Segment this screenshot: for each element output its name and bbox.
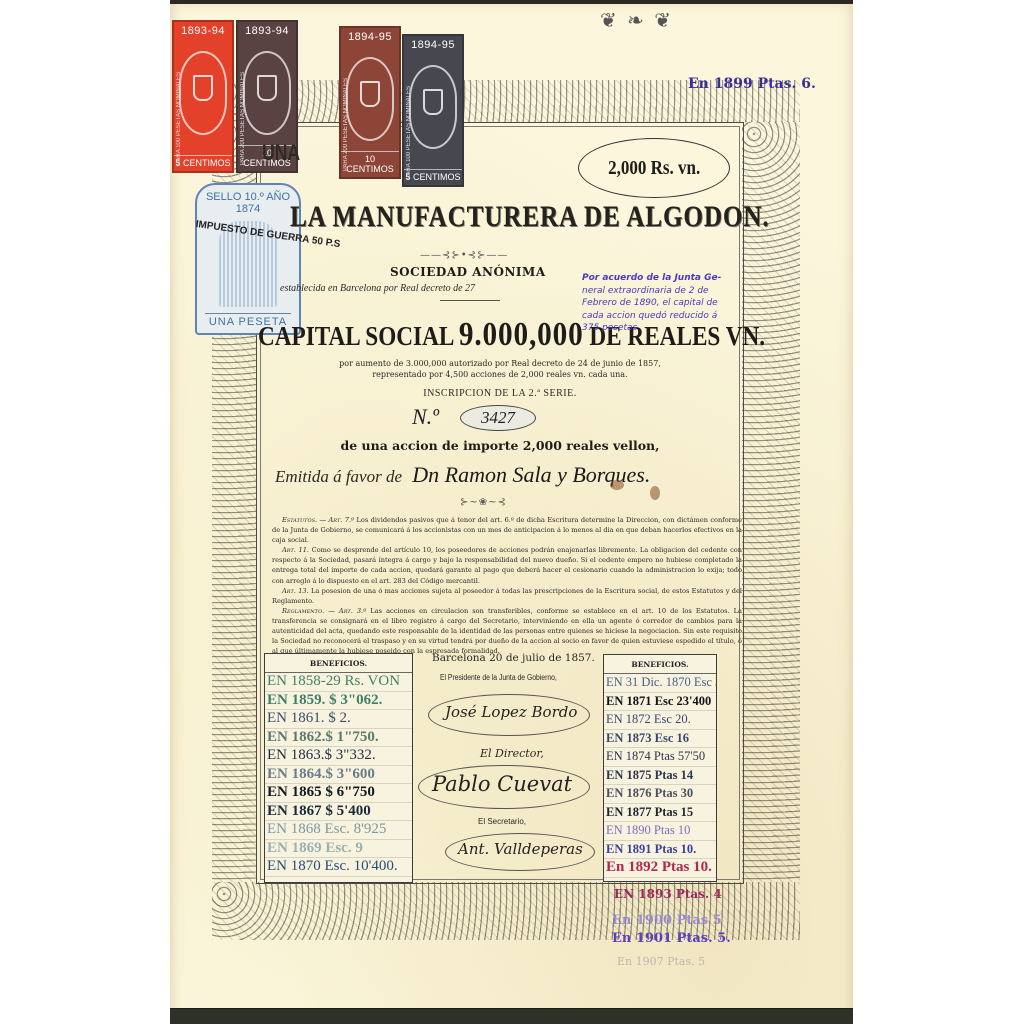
stamp-year: 1894-95 — [341, 28, 399, 43]
dividend-entry: EN 1871 Esc 23'400 — [604, 693, 716, 712]
statute-text: Como se desprende del artículo 10, los p… — [272, 546, 742, 584]
capital-amount: 9.000,000 — [459, 316, 584, 353]
revenue-stamp: 1894-95PARA 100 PESETAS NOMINALES5 CENTI… — [402, 34, 464, 187]
dividend-stamp-1901: En 1901 Ptas. 5. — [612, 931, 731, 946]
dividend-entry: EN 1876 Ptas 30 — [604, 785, 716, 804]
capital-reduction-stamp: Por acuerdo de la Junta Ge-neral extraor… — [582, 272, 752, 335]
statute-paragraph: Reglamento. — Art. 3.º Las acciones en c… — [272, 606, 742, 656]
secretary-signature: Ant. Valldeperas — [458, 840, 583, 858]
dividend-entry: EN 1867 $ 5'400 — [265, 803, 412, 822]
statute-article: Reglamento. — Art. 3.º — [282, 607, 370, 615]
company-name: LA MANUFACTURERA DE ALGODON. — [290, 200, 685, 234]
una-label: UNA — [262, 140, 300, 166]
stamp-legend: PARA 100 PESETAS NOMINALES — [176, 72, 182, 165]
dividend-entry: EN 1863.$ 3"332. — [265, 747, 412, 766]
dividend-entry: EN 1875 Ptas 14 — [604, 767, 716, 786]
established-line: establecida en Barcelona por Real decret… — [280, 283, 475, 294]
ornamental-border-right — [742, 122, 800, 882]
dividend-entry: EN 1861. $ 2. — [265, 710, 412, 729]
sello-top-text: SELLO 10.º AÑO 1874 — [197, 191, 299, 215]
stamp-legend: PARA 100 PESETAS NOMINALES — [406, 86, 412, 179]
share-line: de una accion de importe 2,000 reales ve… — [260, 438, 740, 453]
scan-edge-top — [170, 0, 853, 4]
capital-reduction-line: cada accion quedó reducido á — [582, 310, 752, 323]
dividend-stamp-1907: En 1907 Ptas. 5 — [617, 955, 705, 968]
beneficios-table-left: BENEFICIOS. EN 1858-29 Rs. VONEN 1859. $… — [264, 653, 413, 883]
number-label: N.º — [412, 404, 439, 430]
dividend-entry: EN 1864.$ 3"600 — [265, 766, 412, 785]
president-label: El Presidente de la Junta de Gobierno, — [440, 673, 557, 682]
director-label: El Director, — [480, 747, 544, 760]
dividend-entry: EN 1872 Esc 20. — [604, 711, 716, 730]
secretary-label: El Secretario, — [478, 817, 526, 826]
dividend-entry: EN 1859. $ 3"062. — [265, 692, 412, 711]
statute-paragraph: Art. 13. La posesion de una ó mas accion… — [272, 586, 742, 606]
dividend-entry: EN 1873 Esc 16 — [604, 730, 716, 749]
statute-article: Estatutos. — Art. 7.º — [282, 516, 357, 524]
denomination-oval: 2,000 Rs. vn. — [578, 138, 730, 198]
statutes-text: Estatutos. — Art. 7.º Los dividendos pas… — [272, 515, 742, 656]
denomination: 2,000 Rs. vn. — [608, 157, 700, 180]
dividend-entry: EN 1877 Ptas 15 — [604, 804, 716, 823]
statute-text: La posesion de una ó mas acciones sujeta… — [272, 587, 742, 605]
stamp-value: 5 CENTIMOS — [174, 155, 232, 168]
revenue-stamp: 1893-94PARA 100 PESETAS NOMINALES5 CENTI… — [172, 20, 234, 173]
dividend-entry: EN 1862.$ 1"750. — [265, 729, 412, 748]
issued-to-line: Emitida á favor de Dn Ramon Sala y Borqu… — [275, 462, 650, 488]
statute-paragraph: Estatutos. — Art. 7.º Los dividendos pas… — [272, 515, 742, 545]
dividend-entry: En 1892 Ptas 10. — [604, 859, 716, 878]
capital-reduction-line: Febrero de 1890, el capital de — [582, 297, 752, 310]
stamp-year: 1893-94 — [174, 22, 232, 37]
coat-of-arms-icon — [243, 51, 291, 135]
coat-of-arms-icon — [179, 51, 227, 135]
divider-ornament: ⊱~❀~⊰ — [460, 497, 507, 508]
director-signature: Pablo Cuevat — [432, 772, 572, 796]
statute-article: Art. 13. — [282, 587, 311, 595]
dividend-entry: EN 1869 Esc. 9 — [265, 840, 412, 859]
divider-ornament: ——⊰⊱•⊰⊱—— — [420, 250, 508, 261]
revenue-stamp: 1894-95PARA 200 PESETAS NOMINALES10 CENT… — [339, 26, 401, 179]
ink-stain — [610, 480, 624, 490]
flourish-ornament: ❦ ❧ ❦ — [600, 8, 673, 32]
statute-paragraph: Art. 11. Como se desprende del artículo … — [272, 545, 742, 585]
capital-reduction-line: neral extraordinaria de 2 de — [582, 285, 752, 298]
stamp-year: 1894-95 — [404, 36, 462, 51]
increase-line: por aumento de 3.000,000 autorizado por … — [260, 359, 740, 368]
sello-stamp-1874: SELLO 10.º AÑO 1874 UNA PESETA IMPUESTO … — [195, 183, 301, 335]
beneficios-table-right: BENEFICIOS. EN 31 Dic. 1870 Esc 3'600EN … — [603, 654, 717, 882]
ink-stain — [650, 486, 660, 500]
stamp-year: 1893-94 — [238, 22, 296, 37]
stamp-value: 5 CENTIMOS — [404, 169, 462, 182]
represented-line: representado por 4,500 acciones de 2,000… — [260, 370, 740, 379]
dividend-entry: EN 31 Dic. 1870 Esc 3'600 — [604, 674, 716, 693]
beneficios-header: BENEFICIOS. — [265, 654, 412, 673]
certificate-number: 3427 — [460, 405, 536, 431]
coat-of-arms-icon — [346, 57, 394, 141]
dividend-entry: EN 1868 Esc. 8'925 — [265, 821, 412, 840]
place-date: Barcelona 20 de julio de 1857. — [432, 652, 595, 664]
capital-reduction-line: Por acuerdo de la Junta Ge- — [582, 272, 752, 285]
divider-line — [440, 300, 500, 301]
capital-label: CAPITAL SOCIAL — [258, 321, 453, 351]
dividend-entry: EN 1865 $ 6"750 — [265, 784, 412, 803]
beneficios-header: BENEFICIOS. — [604, 655, 716, 674]
series-label: INSCRIPCION DE LA 2.ª SERIE. — [260, 388, 740, 399]
statute-article: Art. 11. — [282, 546, 312, 554]
issued-to-label: Emitida á favor de — [275, 467, 402, 486]
company-type: SOCIEDAD ANÓNIMA — [390, 265, 546, 279]
dividend-entry: EN 1890 Ptas 10 — [604, 822, 716, 841]
dividend-stamp-1900: En 1900 Ptas 5 — [612, 913, 722, 928]
capital-reduction-line: 375 pesetas — [582, 322, 752, 335]
dividend-entry: EN 1874 Ptas 57'50 — [604, 748, 716, 767]
dividend-entry: EN 1870 Esc. 10'400. — [265, 858, 412, 877]
president-signature: José Lopez Bordo — [445, 703, 577, 721]
dividend-entry: EN 1891 Ptas 10. — [604, 841, 716, 860]
scan-edge-bottom — [170, 1008, 853, 1024]
coat-of-arms-icon — [409, 65, 457, 149]
dividend-stamp-1899: En 1899 Ptas. 6. — [688, 76, 816, 92]
dividend-entry: EN 1858-29 Rs. VON — [265, 673, 412, 692]
stamp-value: 10 CENTIMOS — [341, 151, 399, 174]
dividend-stamp-1893: EN 1893 Ptas. 4 — [614, 887, 722, 901]
